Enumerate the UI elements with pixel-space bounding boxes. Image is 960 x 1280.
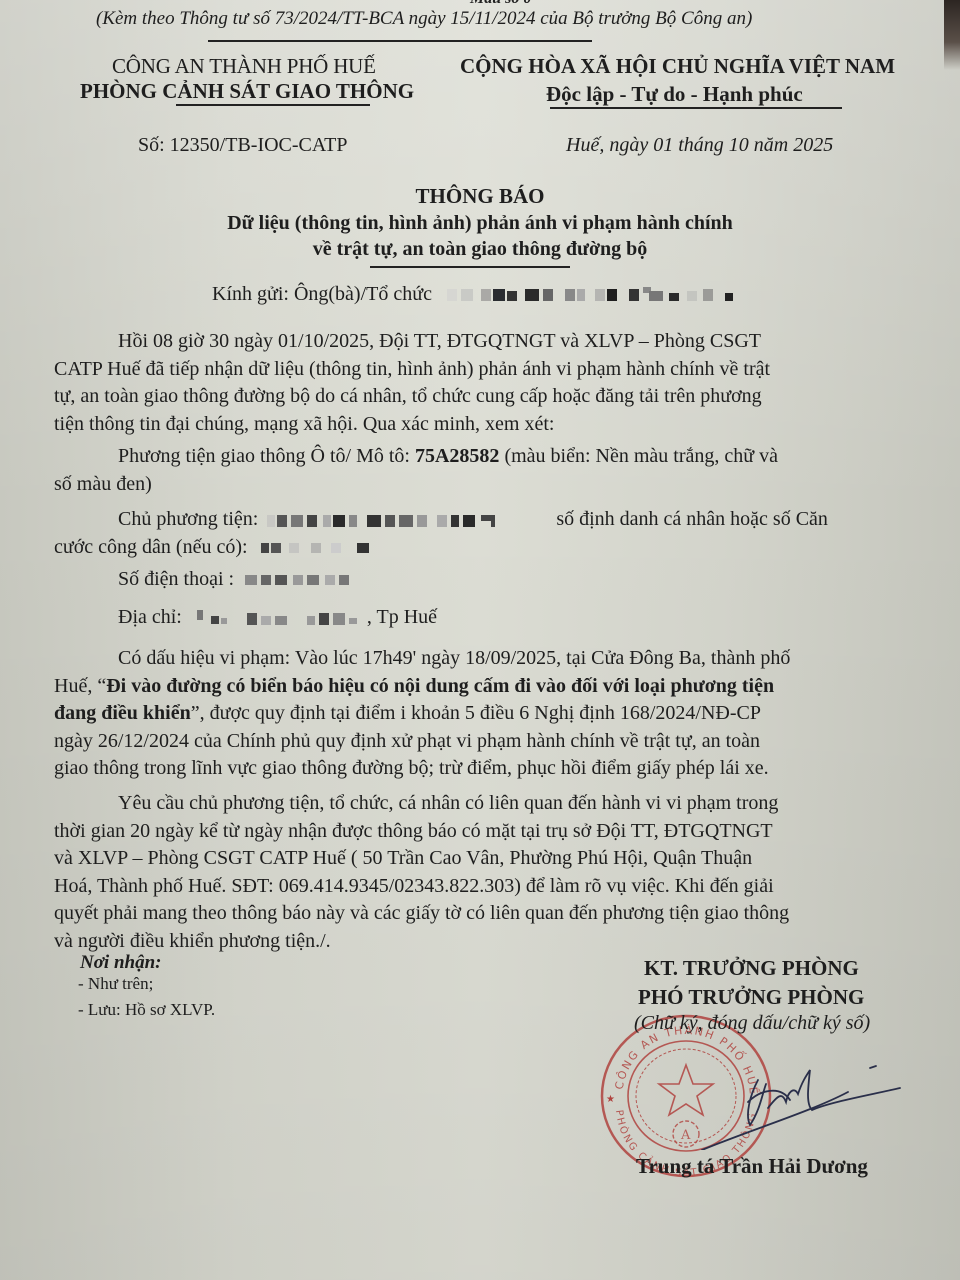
document-title: THÔNG BÁO bbox=[0, 184, 960, 209]
signature-title-2: PHÓ TRƯỞNG PHÒNG bbox=[638, 985, 864, 1010]
svg-text:A: A bbox=[680, 1128, 691, 1143]
redacted-address bbox=[197, 610, 367, 626]
page-edge-shadow bbox=[944, 0, 960, 70]
document-number: Số: 12350/TB-IOC-CATP bbox=[138, 134, 347, 157]
greeting-label: Kính gửi: Ông(bà)/Tổ chức bbox=[212, 283, 432, 305]
request-paragraph: Yêu cầu chủ phương tiện, tổ chức, cá nhâ… bbox=[54, 790, 900, 955]
redacted-id-number bbox=[261, 540, 391, 556]
agency-parent: CÔNG AN THÀNH PHỐ HUẾ bbox=[112, 54, 376, 79]
violation-paragraph: Có dấu hiệu vi phạm: Vào lúc 17h49' ngày… bbox=[54, 645, 900, 783]
owner-info: Chủ phương tiện: số định danh cá nhân ho… bbox=[54, 506, 900, 561]
violation-description: Đi vào đường có biển báo hiệu có nội dun… bbox=[106, 675, 774, 697]
divider bbox=[550, 107, 842, 109]
nation-title: CỘNG HÒA XÃ HỘI CHỦ NGHĨA VIỆT NAM bbox=[460, 54, 895, 79]
address-info: Địa chỉ: , Tp Huế bbox=[54, 604, 900, 632]
signature-note: (Chữ ký, đóng dấu/chữ ký số) bbox=[634, 1012, 870, 1035]
intro-paragraph: Hồi 08 giờ 30 ngày 01/10/2025, Đội TT, Đ… bbox=[54, 328, 900, 438]
place-date: Huế, ngày 01 tháng 10 năm 2025 bbox=[566, 134, 833, 157]
recipient-item: - Lưu: Hồ sơ XLVP. bbox=[78, 1000, 215, 1020]
license-plate: 75A28582 bbox=[415, 445, 499, 467]
recipients-title: Nơi nhận: bbox=[80, 952, 161, 974]
agency-name: PHÒNG CẢNH SÁT GIAO THÔNG bbox=[80, 79, 414, 104]
divider bbox=[208, 40, 592, 42]
document-subtitle-2: về trật tự, an toàn giao thông đường bộ bbox=[0, 238, 960, 261]
redacted-phone bbox=[245, 572, 365, 588]
redacted-recipient bbox=[447, 287, 747, 303]
greeting: Kính gửi: Ông(bà)/Tổ chức bbox=[212, 283, 747, 306]
phone-info: Số điện thoại : bbox=[54, 566, 900, 594]
divider bbox=[370, 266, 570, 268]
motto: Độc lập - Tự do - Hạnh phúc bbox=[546, 82, 803, 107]
document-subtitle-1: Dữ liệu (thông tin, hình ảnh) phản ánh v… bbox=[0, 212, 960, 235]
form-number: Mẫu số 0 bbox=[470, 0, 531, 8]
redacted-owner-name bbox=[267, 512, 537, 528]
signer-name: Trung tá Trần Hải Dương bbox=[636, 1154, 868, 1179]
signature-title-1: KT. TRƯỞNG PHÒNG bbox=[644, 956, 859, 981]
vehicle-info: Phương tiện giao thông Ô tô/ Mô tô: 75A2… bbox=[54, 443, 900, 498]
attachment-note: (Kèm theo Thông tư số 73/2024/TT-BCA ngà… bbox=[96, 8, 752, 30]
divider bbox=[176, 104, 370, 106]
svg-text:★: ★ bbox=[606, 1094, 615, 1105]
handwritten-signature-icon bbox=[700, 1040, 920, 1150]
recipient-item: - Như trên; bbox=[78, 974, 153, 994]
